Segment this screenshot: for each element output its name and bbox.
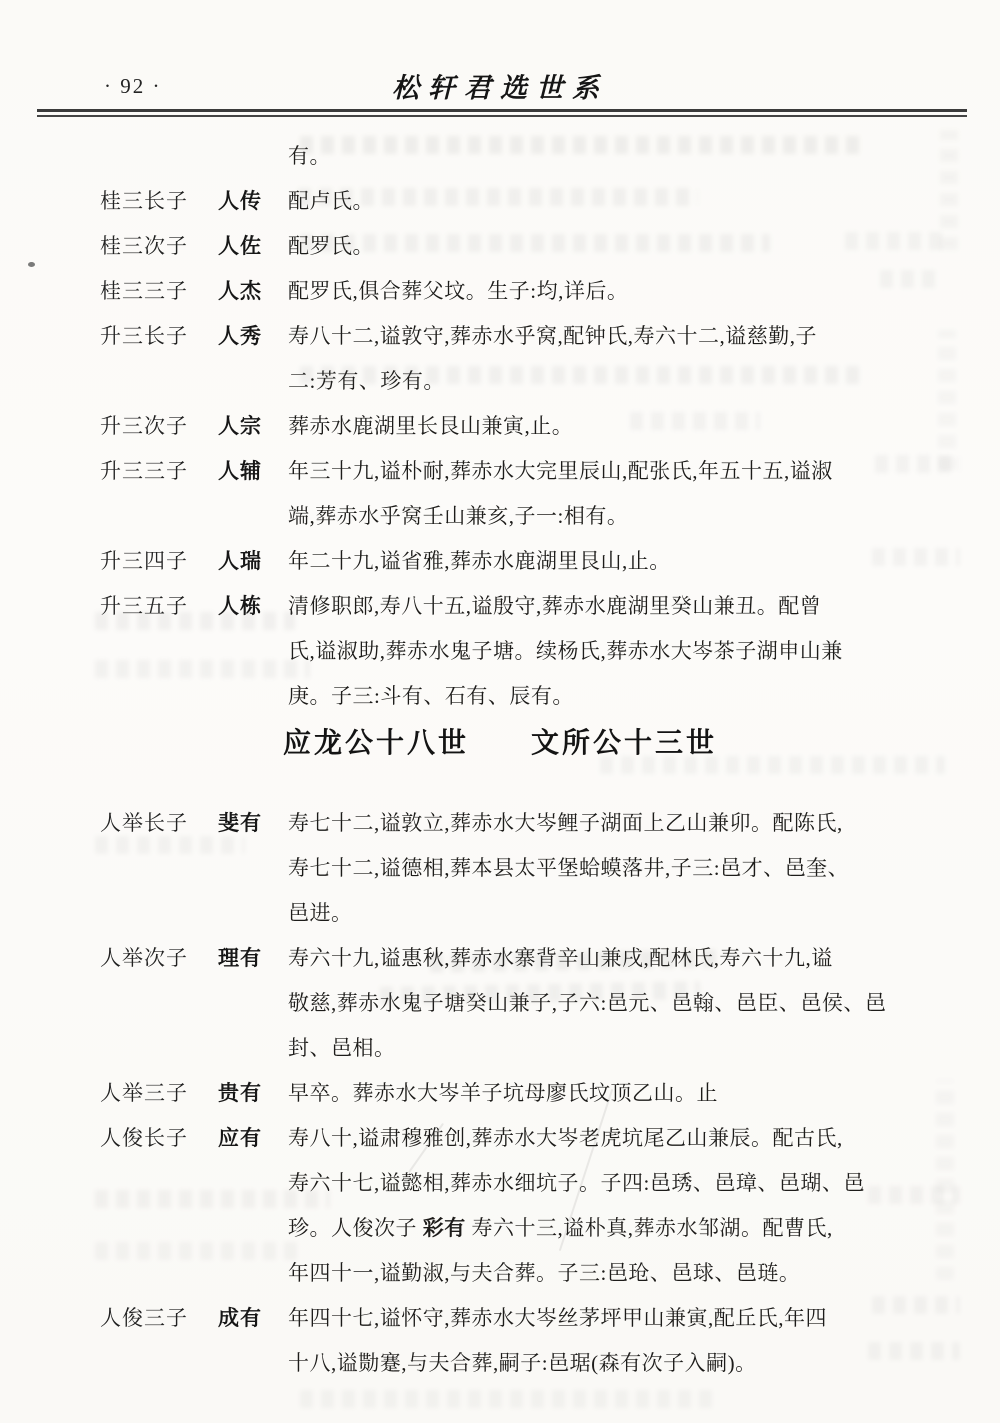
text-line: 珍。人俊次子 彩有 寿六十三,谥朴真,葬赤水邹湖。配曹氏,: [288, 1206, 938, 1251]
text-line: 寿八十,谥肃穆雅创,葬赤水大岑老虎坑尾乙山兼辰。配古氏,: [288, 1116, 938, 1161]
text-line: 寿六十七,谥懿相,葬赤水细坑子。子四:邑琇、邑璋、邑瑚、邑: [288, 1161, 938, 1206]
inline-name: 彩有: [423, 1217, 466, 1240]
row-name: 成有: [218, 1296, 288, 1341]
row-content: 葬赤水鹿湖里长艮山兼寅,止。: [288, 404, 938, 449]
row-name: 人栋: [218, 584, 288, 629]
row-name: 贵有: [218, 1071, 288, 1116]
bleedthrough-smudge: [300, 1390, 720, 1408]
text-line: 寿六十九,谥惠秋,葬赤水寨背辛山兼戌,配林氏,寿六十九,谥: [288, 936, 938, 981]
genealogy-row: 人俊三子 成有 年四十七,谥怀守,葬赤水大岑丝茅坪甲山兼寅,配丘氏,年四十八,谥…: [100, 1296, 938, 1386]
genealogy-row: 人举长子 斐有 寿七十二,谥敦立,葬赤水大岑鲤子湖面上乙山兼卯。配陈氏,寿七十二…: [100, 801, 938, 936]
bleedthrough-smudge: [938, 330, 956, 470]
text-line: 清修职郎,寿八十五,谥殷守,葬赤水鹿湖里癸山兼丑。配曾: [288, 584, 938, 629]
row-name: 人宗: [218, 404, 288, 449]
genealogy-row: 升三长子 人秀 寿八十二,谥敦守,葬赤水乎窝,配钟氏,寿六十二,谥慈勤,子二:芳…: [100, 314, 938, 404]
genealogy-table: 有。 桂三长子 人传 配卢氏。 桂三次子 人佐 配罗氏。 桂三三子 人杰 配罗氏…: [100, 134, 938, 1386]
row-content: 配罗氏,俱合葬父坟。生子:均,详后。: [288, 269, 938, 314]
text-line: 年四十七,谥怀守,葬赤水大岑丝茅坪甲山兼寅,配丘氏,年四: [288, 1296, 938, 1341]
text-line: 年二十九,谥省雅,葬赤水鹿湖里艮山,止。: [288, 539, 938, 584]
row-content: 早卒。葬赤水大岑羊子坑母廖氏坟顶乙山。止: [288, 1071, 938, 1116]
genealogy-row: 升三次子 人宗 葬赤水鹿湖里长艮山兼寅,止。: [100, 404, 938, 449]
header-double-rule: [37, 109, 967, 117]
text-line: 年四十一,谥勤淑,与夫合葬。子三:邑玱、邑球、邑琏。: [288, 1251, 938, 1296]
text-line: 寿八十二,谥敦守,葬赤水乎窝,配钟氏,寿六十二,谥慈勤,子: [288, 314, 938, 359]
row-label: 人举三子: [100, 1071, 218, 1116]
section-heading-left: 应龙公十八世: [283, 721, 469, 765]
text-line: 有。: [288, 134, 938, 179]
text-line: 庚。子三:斗有、石有、辰有。: [288, 674, 938, 719]
genealogy-row: 升三三子 人辅 年三十九,谥朴耐,葬赤水大完里辰山,配张氏,年五十五,谥淑端,葬…: [100, 449, 938, 539]
text-line: 敬慈,葬赤水鬼子塘癸山兼子,子六:邑元、邑翰、邑臣、邑侯、邑: [288, 981, 938, 1026]
genealogy-row: 人举次子 理有 寿六十九,谥惠秋,葬赤水寨背辛山兼戌,配林氏,寿六十九,谥敬慈,…: [100, 936, 938, 1071]
row-label: 升三四子: [100, 539, 218, 584]
text-line: 早卒。葬赤水大岑羊子坑母廖氏坟顶乙山。止: [288, 1071, 938, 1116]
row-label: 人举长子: [100, 801, 218, 846]
genealogy-row: 桂三长子 人传 配卢氏。: [100, 179, 938, 224]
margin-mark: [28, 262, 35, 267]
text-line: 邑进。: [288, 891, 938, 936]
genealogy-row: 有。: [100, 134, 938, 179]
row-content: 清修职郎,寿八十五,谥殷守,葬赤水鹿湖里癸山兼丑。配曾氏,谥淑助,葬赤水鬼子塘。…: [288, 584, 938, 719]
row-name: 斐有: [218, 801, 288, 846]
row-label: 桂三长子: [100, 179, 218, 224]
text-line: 配罗氏,俱合葬父坟。生子:均,详后。: [288, 269, 938, 314]
genealogy-row: 桂三次子 人佐 配罗氏。: [100, 224, 938, 269]
text-line: 氏,谥淑助,葬赤水鬼子塘。续杨氏,葬赤水大岑茶子湖申山兼: [288, 629, 938, 674]
section-heading-right: 文所公十三世: [531, 721, 717, 765]
row-name: 人辅: [218, 449, 288, 494]
genealogy-row: 人俊长子 应有 寿八十,谥肃穆雅创,葬赤水大岑老虎坑尾乙山兼辰。配古氏,寿六十七…: [100, 1116, 938, 1296]
row-label: 升三五子: [100, 584, 218, 629]
row-content: 年二十九,谥省雅,葬赤水鹿湖里艮山,止。: [288, 539, 938, 584]
row-content: 寿八十二,谥敦守,葬赤水乎窝,配钟氏,寿六十二,谥慈勤,子二:芳有、珍有。: [288, 314, 938, 404]
text-line: 年三十九,谥朴耐,葬赤水大完里辰山,配张氏,年五十五,谥淑: [288, 449, 938, 494]
text-line: 寿七十二,谥德相,葬本县太平堡蛤蟆落井,子三:邑才、邑奎、: [288, 846, 938, 891]
row-content: 寿八十,谥肃穆雅创,葬赤水大岑老虎坑尾乙山兼辰。配古氏,寿六十七,谥懿相,葬赤水…: [288, 1116, 938, 1296]
row-content: 配卢氏。: [288, 179, 938, 224]
row-content: 年四十七,谥怀守,葬赤水大岑丝茅坪甲山兼寅,配丘氏,年四十八,谥勚蹇,与夫合葬,…: [288, 1296, 938, 1386]
row-name: 人佐: [218, 224, 288, 269]
genealogy-row: 人举三子 贵有 早卒。葬赤水大岑羊子坑母廖氏坟顶乙山。止: [100, 1071, 938, 1116]
text-line: 配罗氏。: [288, 224, 938, 269]
row-label: 人举次子: [100, 936, 218, 981]
row-label: 人俊长子: [100, 1116, 218, 1161]
bleedthrough-smudge: [936, 1080, 954, 1280]
running-title: 松轩君选世系: [0, 66, 1000, 105]
scanned-book-page: · 92 · 松轩君选世系 有。 桂三长子 人传 配卢氏。 桂三次子 人佐 配罗…: [0, 0, 1000, 1423]
genealogy-row: 升三五子 人栋 清修职郎,寿八十五,谥殷守,葬赤水鹿湖里癸山兼丑。配曾氏,谥淑助…: [100, 584, 938, 719]
text-line: 十八,谥勚蹇,与夫合葬,嗣子:邑琚(森有次子入嗣)。: [288, 1341, 938, 1386]
row-name: 人传: [218, 179, 288, 224]
text-line: 葬赤水鹿湖里长艮山兼寅,止。: [288, 404, 938, 449]
genealogy-row: 升三四子 人瑞 年二十九,谥省雅,葬赤水鹿湖里艮山,止。: [100, 539, 938, 584]
text-line: 配卢氏。: [288, 179, 938, 224]
row-name: 应有: [218, 1116, 288, 1161]
row-content: 寿六十九,谥惠秋,葬赤水寨背辛山兼戌,配林氏,寿六十九,谥敬慈,葬赤水鬼子塘癸山…: [288, 936, 938, 1071]
row-label: 升三长子: [100, 314, 218, 359]
row-content: 寿七十二,谥敦立,葬赤水大岑鲤子湖面上乙山兼卯。配陈氏,寿七十二,谥德相,葬本县…: [288, 801, 938, 936]
row-name: 理有: [218, 936, 288, 981]
row-label: 桂三次子: [100, 224, 218, 269]
page-header: · 92 · 松轩君选世系: [0, 0, 1000, 112]
text-line: 寿七十二,谥敦立,葬赤水大岑鲤子湖面上乙山兼卯。配陈氏,: [288, 801, 938, 846]
row-content: 有。: [288, 134, 938, 179]
row-label: 人俊三子: [100, 1296, 218, 1341]
genealogy-row: 桂三三子 人杰 配罗氏,俱合葬父坟。生子:均,详后。: [100, 269, 938, 314]
row-label: 升三三子: [100, 449, 218, 494]
row-name: 人瑞: [218, 539, 288, 584]
text-line: 端,葬赤水乎窝壬山兼亥,子一:相有。: [288, 494, 938, 539]
bleedthrough-smudge: [940, 130, 958, 250]
text-line: 封、邑相。: [288, 1026, 938, 1071]
row-content: 配罗氏。: [288, 224, 938, 269]
row-label: 桂三三子: [100, 269, 218, 314]
row-content: 年三十九,谥朴耐,葬赤水大完里辰山,配张氏,年五十五,谥淑端,葬赤水乎窝壬山兼亥…: [288, 449, 938, 539]
section-heading: 应龙公十八世 文所公十三世: [81, 721, 919, 765]
row-label: 升三次子: [100, 404, 218, 449]
inline-label: 人俊次子: [331, 1217, 417, 1240]
row-name: 人杰: [218, 269, 288, 314]
text-line: 二:芳有、珍有。: [288, 359, 938, 404]
row-name: 人秀: [218, 314, 288, 359]
